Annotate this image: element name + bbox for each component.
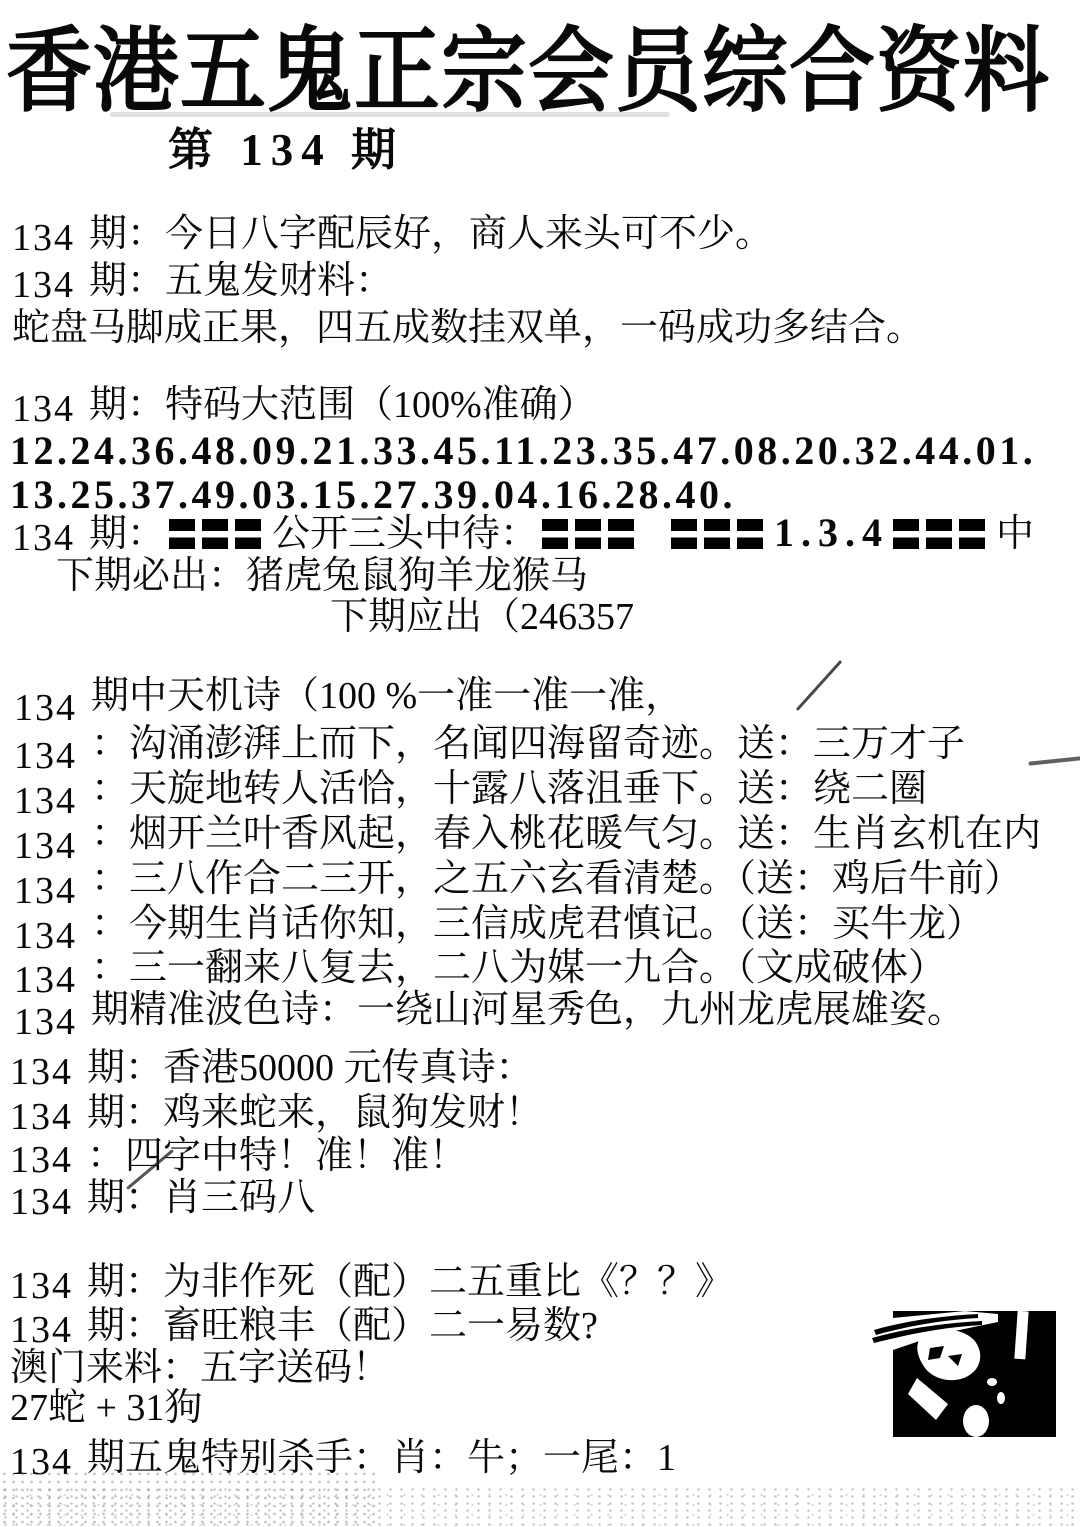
redacted-line: 134期：公开三头中待：1.3.4中	[12, 511, 1034, 556]
censored-block-icon	[737, 519, 763, 549]
line-text: 期：畜旺粮丰（配）二一易数?	[87, 1305, 598, 1347]
tip-line: 134期：五鬼发财料：	[12, 261, 393, 303]
poem-line: 134：三一翻来八复去，二八为媒一九合。（文成破体）	[14, 948, 946, 990]
issue-prefix: 134	[10, 1052, 73, 1094]
line-text: 中	[996, 513, 1034, 555]
bottom-line: 134期：畜旺粮丰（配）二一易数?	[10, 1306, 598, 1348]
macau-line: 澳门来料：五字送码！	[10, 1348, 390, 1390]
censored-block-icon	[704, 519, 730, 549]
wave-poem-line: 134期精准波色诗：一绕山河星秀色，九州龙虎展雄姿。	[14, 990, 965, 1032]
censored-block-icon	[575, 519, 601, 549]
issue-prefix: 134	[12, 265, 75, 307]
censored-block-icon	[959, 519, 985, 549]
censored-block-icon	[169, 519, 195, 549]
line-text: 期：五鬼发财料：	[89, 260, 393, 302]
scan-artifact	[1028, 738, 1080, 765]
censored-block-icon	[671, 519, 697, 549]
scan-artifact	[796, 660, 842, 711]
poem-line: 134：三八作合二三开，之五六玄看清楚。（送：鸡后牛前）	[14, 859, 1022, 901]
censored-block-icon	[542, 519, 568, 549]
fax-line: 134期：香港50000 元传真诗：	[10, 1048, 534, 1090]
scan-noise-strip	[0, 1470, 380, 1527]
censored-block-icon	[202, 519, 228, 549]
line-text: 期精准波色诗：一绕山河星秀色，九州龙虎展雄姿。	[91, 989, 965, 1031]
number-row: 12.24.36.48.09.21.33.45.11.23.35.47.08.2…	[10, 429, 1036, 473]
fax-line: 134期：肖三码八	[10, 1178, 315, 1220]
scan-page: 香港五鬼正宗会员综合资料 第 134 期 134期：今日八字配辰好，商人来头可不…	[0, 0, 1080, 1527]
line-text: 期：鸡来蛇来，鼠狗发财！	[87, 1092, 543, 1134]
tip-line: 134期：今日八字配辰好，商人来头可不少。	[12, 214, 773, 256]
censored-blocks-group	[542, 514, 641, 556]
issue-prefix: 134	[12, 389, 75, 431]
scan-smudge	[110, 112, 670, 117]
fax-line: 134：四字中特！准！准！	[10, 1136, 467, 1178]
line-text: ：天旋地转人活恰，十露八落沮垂下。送：绕二圈	[91, 768, 927, 810]
issue-prefix: 134	[10, 1182, 73, 1224]
issue-prefix: 134	[10, 1140, 73, 1182]
censored-block-icon	[893, 519, 919, 549]
line-text: 蛇盘马脚成正果，四五成数挂双单，一码成功多结合。	[12, 307, 924, 349]
censored-block-icon	[235, 519, 261, 549]
issue-prefix: 134	[10, 1097, 73, 1139]
fax-line: 134期：鸡来蛇来，鼠狗发财！	[10, 1093, 543, 1135]
poem-header: 134期中天机诗（100 %一准一准一准，	[14, 676, 683, 718]
censored-block-icon	[926, 519, 952, 549]
issue-prefix: 134	[10, 1266, 73, 1308]
line-text: 期中天机诗（100 %一准一准一准，	[91, 675, 683, 717]
line-text: ：三八作合二三开，之五六玄看清楚。（送：鸡后牛前）	[91, 858, 1022, 900]
line-text: 公开三头中待：	[272, 513, 538, 555]
line-text: ：四字中特！准！准！	[87, 1135, 467, 1177]
bw-photo	[870, 1308, 1060, 1438]
hint-numbers: 1.3.4	[774, 510, 889, 555]
next-must-line: 下期必出：猪虎兔鼠狗羊龙猴马	[56, 556, 588, 598]
bottom-line: 134期：为非作死（配）二五重比《？？》	[10, 1262, 733, 1304]
censored-blocks-group	[169, 514, 268, 556]
issue-number: 第 134 期	[168, 126, 404, 176]
page-title: 香港五鬼正宗会员综合资料	[6, 0, 1074, 130]
line-text: 期：为非作死（配）二五重比《？？》	[87, 1261, 733, 1303]
next-should-line: 下期应出（246357	[330, 597, 634, 639]
line-text: 期：今日八字配辰好，商人来头可不少。	[89, 213, 773, 255]
line-text: ：烟开兰叶香风起，春入桃花暖气匀。送：生肖玄机在内	[91, 813, 1041, 855]
issue-prefix: 134	[10, 1310, 73, 1352]
line-text: 期：肖三码八	[87, 1177, 315, 1219]
line-text: 期：香港50000 元传真诗：	[87, 1047, 534, 1089]
poem-line: 134：天旋地转人活恰，十露八落沮垂下。送：绕二圈	[14, 769, 927, 811]
line-text: ：沟涌澎湃上而下，名闻四海留奇迹。送：三万才子	[91, 723, 965, 765]
line-text: 期：	[89, 513, 165, 555]
issue-prefix: 134	[14, 1002, 77, 1044]
line-text: ：三一翻来八复去，二八为媒一九合。（文成破体）	[91, 947, 946, 989]
tip-line: 蛇盘马脚成正果，四五成数挂双单，一码成功多结合。	[12, 308, 924, 350]
line-text: ：今期生肖话你知，三信成虎君慎记。（送：买牛龙）	[91, 903, 984, 945]
censored-blocks-group	[671, 514, 770, 556]
censored-blocks-group	[893, 514, 992, 556]
issue-prefix: 134	[12, 218, 75, 260]
poem-line: 134：今期生肖话你知，三信成虎君慎记。（送：买牛龙）	[14, 904, 984, 946]
zodiac-numbers-line: 27蛇 + 31狗	[10, 1388, 202, 1430]
line-text: 期：特码大范围（100%准确）	[89, 384, 596, 426]
poem-line: 134：沟涌澎湃上而下，名闻四海留奇迹。送：三万才子	[14, 724, 965, 766]
issue-prefix: 134	[12, 518, 75, 560]
range-header: 134期：特码大范围（100%准确）	[12, 385, 596, 427]
poem-line: 134：烟开兰叶香风起，春入桃花暖气匀。送：生肖玄机在内	[14, 814, 1041, 856]
censored-block-icon	[608, 519, 634, 549]
